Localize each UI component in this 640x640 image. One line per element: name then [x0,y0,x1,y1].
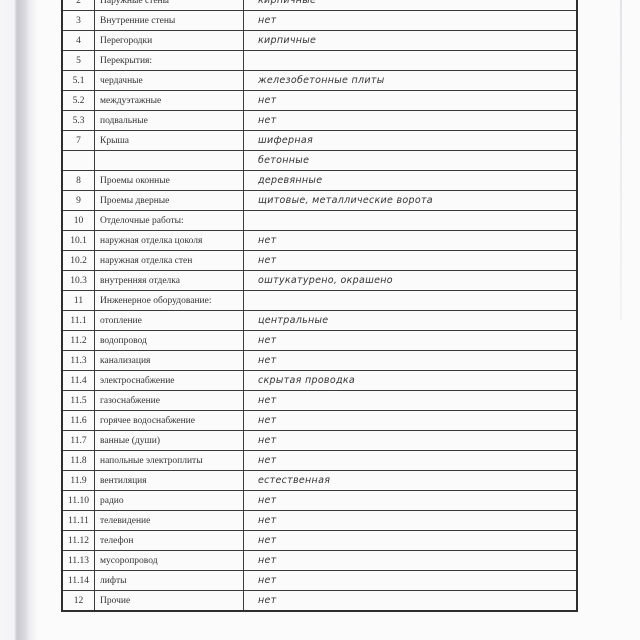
row-value: нет [244,111,578,131]
row-label: подвальные [95,111,244,131]
row-label: канализация [95,351,244,371]
row-number: 11.12 [62,531,95,551]
row-number: 12 [62,591,95,612]
table-row: 10.2наружная отделка стеннет [62,251,577,271]
row-label: внутренняя отделка [95,271,244,291]
row-value: естественная [244,471,578,491]
row-number: 11.14 [62,571,95,591]
row-value: оштукатурено, окрашено [244,271,578,291]
table-row: 11Инженерное оборудование: [62,291,577,311]
row-label: междуэтажные [95,91,244,111]
row-value: шиферная [244,131,578,151]
table-row: 11.4электроснабжениескрытая проводка [62,371,577,391]
row-label: вентиляция [95,471,244,491]
row-label: электроснабжение [95,371,244,391]
row-number: 11.6 [62,411,95,431]
row-value: деревянные [244,171,578,191]
row-number: 5.1 [62,71,95,91]
row-value: бетонные [244,151,578,171]
row-value: нет [244,351,578,371]
scan-page-edge-shadow [0,0,40,640]
row-label: горячее водоснабжение [95,411,244,431]
row-value: нет [244,391,578,411]
table-row: 11.12телефоннет [62,531,577,551]
row-label: телефон [95,531,244,551]
row-number: 10.2 [62,251,95,271]
row-label: чердачные [95,71,244,91]
row-label: водопровод [95,331,244,351]
row-number: 11.13 [62,551,95,571]
table-row: 5.2междуэтажныенет [62,91,577,111]
row-value: нет [244,451,578,471]
row-number: 11.11 [62,511,95,531]
row-number: 9 [62,191,95,211]
table-row: 11.7ванные (души)нет [62,431,577,451]
row-label: наружная отделка стен [95,251,244,271]
row-value: нет [244,571,578,591]
row-label: Прочие [95,591,244,612]
table-row: 8Проемы оконныедеревянные [62,171,577,191]
table-row: 5.3подвальныенет [62,111,577,131]
row-number: 5 [62,51,95,71]
table-row: 11.8напольные электроплитынет [62,451,577,471]
table-row: 5Перекрытия: [62,51,577,71]
row-label: газоснабжение [95,391,244,411]
row-number: 3 [62,11,95,31]
row-label: Крыша [95,131,244,151]
table-row: 3Внутренние стенынет [62,11,577,31]
row-value: нет [244,591,578,612]
row-label: отопление [95,311,244,331]
row-label: Наружные стены [95,0,244,11]
row-value: нет [244,411,578,431]
row-number: 8 [62,171,95,191]
row-label: ванные (души) [95,431,244,451]
row-value: железобетонные плиты [244,71,578,91]
table-row: 2Наружные стеныкирпичные [62,0,577,11]
row-label: лифты [95,571,244,591]
row-label: радио [95,491,244,511]
row-label: Проемы оконные [95,171,244,191]
table-row: 11.9вентиляцияестественная [62,471,577,491]
table-row: 9Проемы дверныещитовые, металлические во… [62,191,577,211]
row-label: Проемы дверные [95,191,244,211]
row-label [95,151,244,171]
row-label: Перекрытия: [95,51,244,71]
table-row: 4Перегородкикирпичные [62,31,577,51]
row-value: кирпичные [244,0,578,11]
table-row: 11.3канализациянет [62,351,577,371]
row-value [244,211,578,231]
row-number: 11.8 [62,451,95,471]
table-row: 12Прочиенет [62,591,577,612]
row-number: 11.10 [62,491,95,511]
table-row: 7Крышашиферная [62,131,577,151]
row-number: 11.1 [62,311,95,331]
row-value [244,51,578,71]
row-label: телевидение [95,511,244,531]
table-row: 5.1чердачныежелезобетонные плиты [62,71,577,91]
row-value: нет [244,491,578,511]
row-value: скрытая проводка [244,371,578,391]
scan-artifact-line [620,0,622,320]
row-number: 11.3 [62,351,95,371]
row-number: 2 [62,0,95,11]
row-value: нет [244,231,578,251]
row-value: нет [244,11,578,31]
row-value: нет [244,251,578,271]
row-number: 11.7 [62,431,95,451]
row-number: 10.1 [62,231,95,251]
row-number: 11.4 [62,371,95,391]
row-label: наружная отделка цоколя [95,231,244,251]
row-number: 11 [62,291,95,311]
row-value: нет [244,431,578,451]
row-label: Перегородки [95,31,244,51]
row-number: 10 [62,211,95,231]
table-row: 11.5газоснабжениенет [62,391,577,411]
table-row: 10.1наружная отделка цоколянет [62,231,577,251]
row-label: Отделочные работы: [95,211,244,231]
row-value: центральные [244,311,578,331]
table-body: 2Наружные стеныкирпичные3Внутренние стен… [62,0,577,611]
row-value: нет [244,91,578,111]
building-description-table: 2Наружные стеныкирпичные3Внутренние стен… [61,0,578,612]
table-row: 11.1отоплениецентральные [62,311,577,331]
table-row: 10.3внутренняя отделкаоштукатурено, окра… [62,271,577,291]
row-label: напольные электроплиты [95,451,244,471]
row-value: щитовые, металлические ворота [244,191,578,211]
row-value [244,291,578,311]
row-number: 5.3 [62,111,95,131]
row-number: 11.5 [62,391,95,411]
row-number: 10.3 [62,271,95,291]
row-value: нет [244,511,578,531]
table-row: 11.2водопроводнет [62,331,577,351]
row-label: мусоропровод [95,551,244,571]
table-row: 10Отделочные работы: [62,211,577,231]
row-label: Инженерное оборудование: [95,291,244,311]
table-row: 11.14лифтынет [62,571,577,591]
row-number: 11.2 [62,331,95,351]
row-value: нет [244,531,578,551]
table-row: 11.10радионет [62,491,577,511]
row-number [62,151,95,171]
table-row: 11.11телевидениенет [62,511,577,531]
row-value: нет [244,331,578,351]
table-row: бетонные [62,151,577,171]
row-label: Внутренние стены [95,11,244,31]
table-row: 11.6горячее водоснабжениенет [62,411,577,431]
row-value: кирпичные [244,31,578,51]
table-row: 11.13мусоропроводнет [62,551,577,571]
row-number: 7 [62,131,95,151]
row-number: 4 [62,31,95,51]
row-number: 11.9 [62,471,95,491]
row-value: нет [244,551,578,571]
row-number: 5.2 [62,91,95,111]
